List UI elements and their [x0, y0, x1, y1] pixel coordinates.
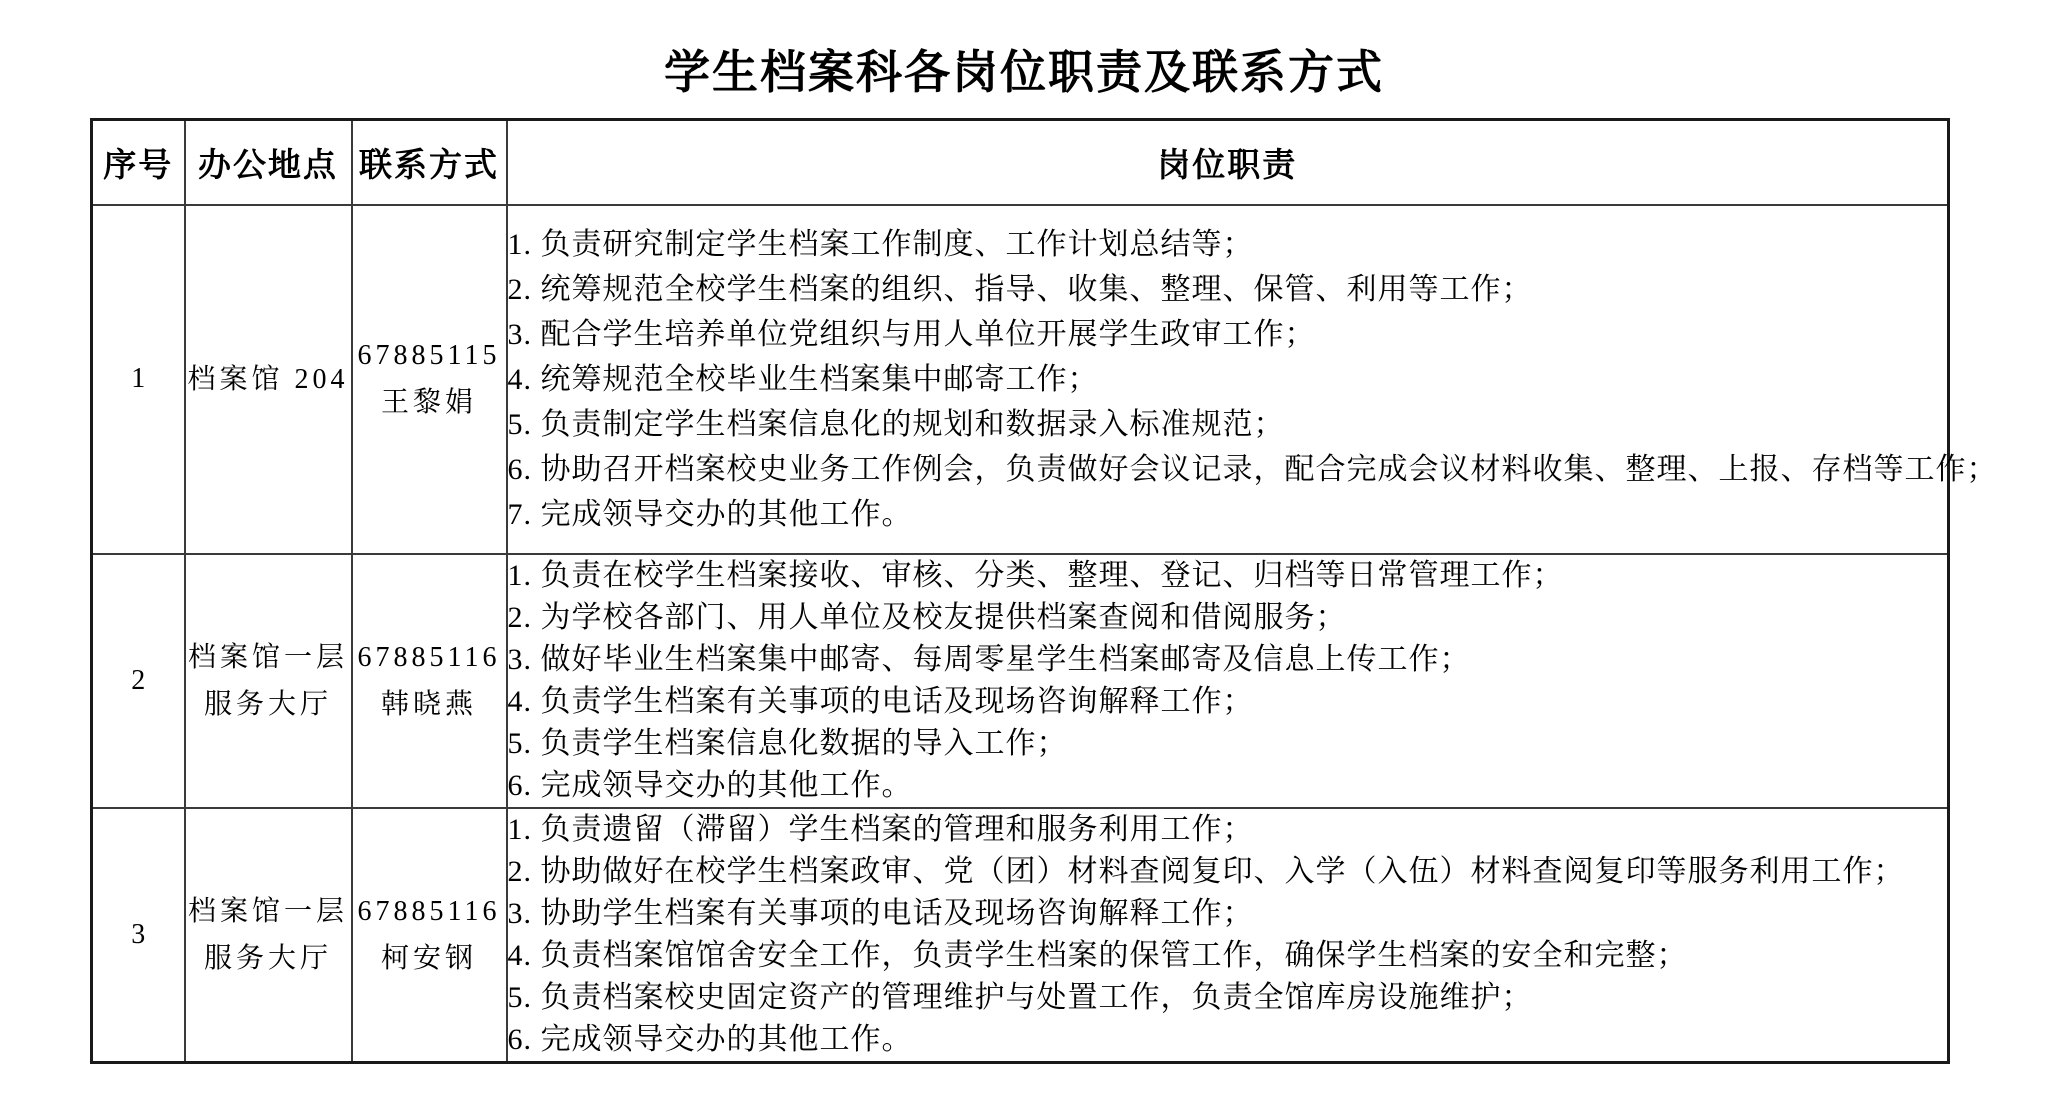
contact-phone: 67885116	[353, 634, 506, 681]
cell-serial: 3	[92, 808, 185, 1063]
cell-serial: 2	[92, 554, 185, 808]
location-line: 档案馆一层	[186, 888, 351, 935]
duty-line: 6. 协助召开档案校史业务工作例会，负责做好会议记录，配合完成会议材料收集、整理…	[508, 447, 1948, 492]
contact-phone: 67885115	[353, 332, 506, 379]
cell-contact: 67885115 王黎娟	[352, 205, 507, 554]
table-header-row: 序号 办公地点 联系方式 岗位职责	[92, 120, 1949, 205]
duty-line: 5. 负责制定学生档案信息化的规划和数据录入标准规范；	[508, 402, 1948, 447]
duty-line: 4. 负责学生档案有关事项的电话及现场咨询解释工作；	[508, 681, 1948, 723]
duty-line: 4. 统筹规范全校毕业生档案集中邮寄工作；	[508, 357, 1948, 402]
contact-name: 韩晓燕	[353, 681, 506, 728]
duty-line: 5. 负责学生档案信息化数据的导入工作；	[508, 723, 1948, 765]
cell-duties: 1. 负责在校学生档案接收、审核、分类、整理、登记、归档等日常管理工作； 2. …	[507, 554, 1949, 808]
duty-line: 2. 统筹规范全校学生档案的组织、指导、收集、整理、保管、利用等工作；	[508, 267, 1948, 312]
location-line: 服务大厅	[186, 681, 351, 728]
cell-location: 档案馆一层 服务大厅	[185, 808, 352, 1063]
duty-line: 6. 完成领导交办的其他工作。	[508, 1019, 1948, 1061]
header-cell-contact: 联系方式	[352, 120, 507, 205]
contact-phone: 67885116	[353, 888, 506, 935]
duty-line: 7. 完成领导交办的其他工作。	[508, 492, 1948, 537]
page-title: 学生档案科各岗位职责及联系方式	[0, 36, 2048, 102]
duty-line: 3. 配合学生培养单位党组织与用人单位开展学生政审工作；	[508, 312, 1948, 357]
contact-name: 王黎娟	[353, 379, 506, 426]
table-row: 1 档案馆 204 67885115 王黎娟 1. 负责研究制定学生档案工作制度…	[92, 205, 1949, 554]
duties-table: 序号 办公地点 联系方式 岗位职责 1 档案馆 204 67885115 王黎娟…	[90, 118, 1950, 1064]
duty-line: 5. 负责档案校史固定资产的管理维护与处置工作，负责全馆库房设施维护；	[508, 977, 1948, 1019]
cell-location: 档案馆 204	[185, 205, 352, 554]
duty-line: 6. 完成领导交办的其他工作。	[508, 765, 1948, 807]
duty-line: 2. 为学校各部门、用人单位及校友提供档案查阅和借阅服务；	[508, 597, 1948, 639]
duty-line: 1. 负责遗留（滞留）学生档案的管理和服务利用工作；	[508, 809, 1948, 851]
duty-line: 1. 负责研究制定学生档案工作制度、工作计划总结等；	[508, 222, 1948, 267]
duty-line: 3. 协助学生档案有关事项的电话及现场咨询解释工作；	[508, 893, 1948, 935]
table-row: 3 档案馆一层 服务大厅 67885116 柯安钢 1. 负责遗留（滞留）学生档…	[92, 808, 1949, 1063]
header-cell-location: 办公地点	[185, 120, 352, 205]
header-cell-duties: 岗位职责	[507, 120, 1949, 205]
cell-location: 档案馆一层 服务大厅	[185, 554, 352, 808]
cell-duties: 1. 负责研究制定学生档案工作制度、工作计划总结等； 2. 统筹规范全校学生档案…	[507, 205, 1949, 554]
cell-contact: 67885116 柯安钢	[352, 808, 507, 1063]
duty-line: 1. 负责在校学生档案接收、审核、分类、整理、登记、归档等日常管理工作；	[508, 555, 1948, 597]
cell-serial: 1	[92, 205, 185, 554]
duty-line: 3. 做好毕业生档案集中邮寄、每周零星学生档案邮寄及信息上传工作；	[508, 639, 1948, 681]
location-line: 档案馆一层	[186, 634, 351, 681]
cell-duties: 1. 负责遗留（滞留）学生档案的管理和服务利用工作； 2. 协助做好在校学生档案…	[507, 808, 1949, 1063]
duty-line: 2. 协助做好在校学生档案政审、党（团）材料查阅复印、入学（入伍）材料查阅复印等…	[508, 851, 1948, 893]
cell-contact: 67885116 韩晓燕	[352, 554, 507, 808]
location-line: 档案馆 204	[186, 356, 351, 403]
table-row: 2 档案馆一层 服务大厅 67885116 韩晓燕 1. 负责在校学生档案接收、…	[92, 554, 1949, 808]
header-cell-serial: 序号	[92, 120, 185, 205]
contact-name: 柯安钢	[353, 935, 506, 982]
location-line: 服务大厅	[186, 935, 351, 982]
duty-line: 4. 负责档案馆馆舍安全工作，负责学生档案的保管工作，确保学生档案的安全和完整；	[508, 935, 1948, 977]
